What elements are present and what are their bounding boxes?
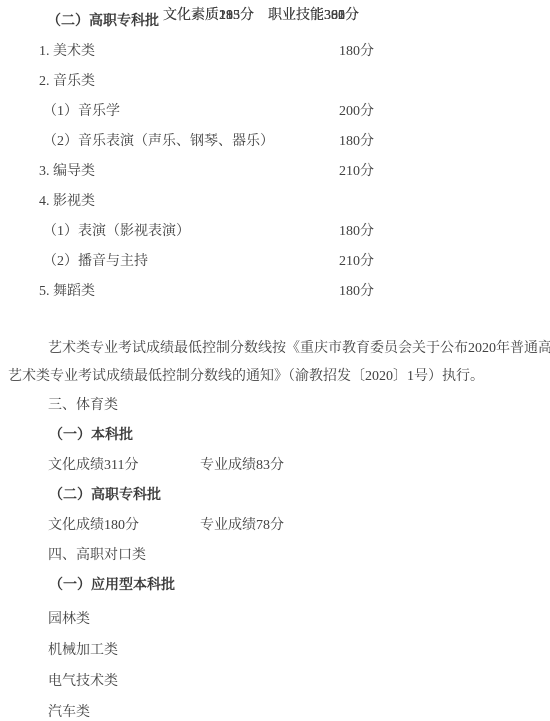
culture-score: 文化成绩180分	[48, 518, 139, 533]
category-label: （2）播音与主持	[43, 254, 148, 269]
score-value: 200分	[339, 97, 374, 127]
score-value: 180分	[339, 37, 374, 67]
policy-note-line: 艺术类专业考试成绩最低控制分数线的通知》（渝教招发〔2020〕1号）执行。	[8, 363, 540, 391]
score-value: 180分	[339, 217, 374, 247]
category-label: （1）音乐学	[43, 104, 120, 119]
category-cell: 汽车类	[48, 705, 90, 720]
score-row: （1）音乐学 200分	[0, 97, 550, 127]
sports-score-row: 文化成绩311分 专业成绩83分	[0, 451, 550, 481]
category-label: 5. 舞蹈类	[39, 284, 95, 299]
score-value: 180分	[339, 127, 374, 157]
category-label: 4. 影视类	[39, 194, 95, 209]
vocational-row: 汽车类 文化素质215分 职业技能386分	[0, 697, 550, 721]
score-row: 5. 舞蹈类 180分	[0, 277, 550, 307]
category-cell: 电气技术类	[48, 674, 118, 689]
sports-score-row: 文化成绩180分 专业成绩78分	[0, 511, 550, 541]
score-row: 3. 编导类 210分	[0, 157, 550, 187]
score-value: 180分	[339, 277, 374, 307]
skill-cell: 职业技能386分	[268, 0, 359, 31]
culture-cell: 文化素质215分	[163, 0, 254, 31]
score-value: 210分	[339, 157, 374, 187]
category-label: （1）表演（影视表演）	[43, 224, 190, 239]
vocational-row: 电气技术类 文化素质185分 职业技能362分	[0, 666, 550, 697]
policy-note: 艺术类专业考试成绩最低控制分数线按《重庆市教育委员会关于公布2020年普通高等学…	[0, 335, 550, 391]
category-label: 3. 编导类	[39, 164, 95, 179]
batch-heading-applied-undergrad: （一）应用型本科批	[0, 571, 550, 601]
culture-score: 文化成绩311分	[48, 458, 138, 473]
section-title-sports: 三、体育类	[0, 391, 550, 421]
policy-note-line: 艺术类专业考试成绩最低控制分数线按《重庆市教育委员会关于公布2020年普通高等学…	[8, 335, 540, 363]
score-row: （1）表演（影视表演） 180分	[0, 217, 550, 247]
batch-heading-undergrad: （一）本科批	[0, 421, 550, 451]
category-label: 2. 音乐类	[39, 74, 95, 89]
score-row: （2）播音与主持 210分	[0, 247, 550, 277]
category-label: （2）音乐表演（声乐、钢琴、器乐）	[43, 134, 274, 149]
major-score: 专业成绩83分	[200, 451, 284, 481]
batch-heading-vocational: （二）高职专科批	[0, 481, 550, 511]
score-value: 210分	[339, 247, 374, 277]
category-label: 1. 美术类	[39, 44, 95, 59]
score-row: 4. 影视类	[0, 187, 550, 217]
major-score: 专业成绩78分	[200, 511, 284, 541]
score-row: 1. 美术类 180分	[0, 37, 550, 67]
category-cell: 园林类	[48, 612, 90, 627]
section-title-vocational: 四、高职对口类	[0, 541, 550, 571]
vocational-row: 园林类 文化素质195分 职业技能391分	[0, 604, 550, 635]
category-cell: 机械加工类	[48, 643, 118, 658]
score-row: （2）音乐表演（声乐、钢琴、器乐） 180分	[0, 127, 550, 157]
score-row: 2. 音乐类	[0, 67, 550, 97]
document-page: （二）高职专科批 1. 美术类 180分 2. 音乐类 （1）音乐学 200分 …	[0, 0, 550, 721]
vocational-row: 机械加工类 文化素质183分 职业技能380分	[0, 635, 550, 666]
